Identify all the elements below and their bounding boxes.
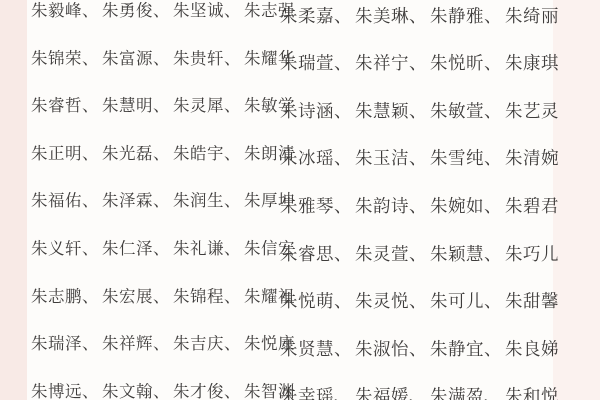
name-item: 朱坚诚 (173, 1, 224, 20)
name-item: 朱艺灵 (505, 102, 559, 122)
name-row: 朱义轩、朱仁泽、朱礼谦、朱信宏 (31, 241, 295, 258)
name-item: 朱悦昕 (430, 54, 484, 74)
name-item: 朱文翰 (102, 382, 153, 400)
name-item: 朱锦程 (173, 287, 224, 306)
name-separator: 、 (409, 197, 427, 217)
name-row: 朱幸瑶、朱福媛、朱满盈、朱和悦 (280, 389, 559, 400)
name-separator: 、 (224, 144, 241, 163)
name-separator: 、 (409, 149, 427, 169)
name-separator: 、 (153, 334, 170, 353)
name-row: 朱雅琴、朱韵诗、朱婉如、朱碧君 (280, 199, 559, 217)
name-item: 朱雅琴 (280, 197, 334, 217)
name-item: 朱灵悦 (355, 292, 409, 312)
name-item: 朱正明 (31, 144, 82, 163)
name-row: 朱睿思、朱灵萱、朱颖慧、朱巧儿 (280, 247, 559, 265)
name-separator: 、 (82, 382, 99, 400)
name-item: 朱才俊 (173, 382, 224, 400)
name-item: 朱泽霖 (102, 191, 153, 210)
name-item: 朱玉洁 (355, 149, 409, 169)
name-separator: 、 (334, 7, 352, 27)
name-separator: 、 (224, 191, 241, 210)
name-separator: 、 (153, 382, 170, 400)
name-item: 朱灵萱 (355, 245, 409, 265)
name-row: 朱瑞泽、朱祥辉、朱吉庆、朱悦康 (31, 336, 295, 353)
name-item: 朱静宜 (430, 340, 484, 360)
name-item: 朱光磊 (102, 144, 153, 163)
name-item: 朱幸瑶 (280, 387, 334, 400)
name-separator: 、 (82, 334, 99, 353)
name-item: 朱悦萌 (280, 292, 334, 312)
name-separator: 、 (224, 49, 241, 68)
name-separator: 、 (82, 239, 99, 258)
name-item: 朱祥宁 (355, 54, 409, 74)
name-separator: 、 (153, 96, 170, 115)
name-item: 朱康琪 (505, 54, 559, 74)
name-item: 朱颖慧 (430, 245, 484, 265)
name-item: 朱婉如 (430, 197, 484, 217)
name-item: 朱瑞泽 (31, 334, 82, 353)
name-separator: 、 (334, 387, 352, 400)
name-separator: 、 (153, 287, 170, 306)
name-item: 朱美琳 (355, 7, 409, 27)
name-separator: 、 (484, 245, 502, 265)
name-separator: 、 (224, 334, 241, 353)
name-row: 朱正明、朱光磊、朱皓宇、朱朗清 (31, 146, 295, 163)
name-separator: 、 (409, 340, 427, 360)
name-item: 朱可儿 (430, 292, 484, 312)
name-separator: 、 (153, 1, 170, 20)
name-row: 朱悦萌、朱灵悦、朱可儿、朱甜馨 (280, 294, 559, 312)
name-item: 朱礼谦 (173, 239, 224, 258)
name-separator: 、 (153, 144, 170, 163)
name-row: 朱志鹏、朱宏展、朱锦程、朱耀祖 (31, 289, 295, 306)
name-separator: 、 (484, 102, 502, 122)
name-separator: 、 (484, 54, 502, 74)
name-item: 朱吉庆 (173, 334, 224, 353)
name-item: 朱祥辉 (102, 334, 153, 353)
name-item: 朱瑞萱 (280, 54, 334, 74)
name-item: 朱贤慧 (280, 340, 334, 360)
name-separator: 、 (334, 292, 352, 312)
name-item: 朱福佑 (31, 191, 82, 210)
name-separator: 、 (409, 54, 427, 74)
name-row: 朱博远、朱文翰、朱才俊、朱智渊 (31, 384, 295, 400)
name-item: 朱和悦 (505, 387, 559, 400)
name-separator: 、 (334, 102, 352, 122)
name-separator: 、 (153, 239, 170, 258)
name-item: 朱润生 (173, 191, 224, 210)
name-item: 朱绮丽 (505, 7, 559, 27)
name-row: 朱瑞萱、朱祥宁、朱悦昕、朱康琪 (280, 56, 559, 74)
name-row: 朱毅峰、朱勇俊、朱坚诚、朱志强 (31, 3, 295, 20)
name-item: 朱睿思 (280, 245, 334, 265)
name-separator: 、 (484, 197, 502, 217)
name-item: 朱皓宇 (173, 144, 224, 163)
name-item: 朱富源 (102, 49, 153, 68)
name-separator: 、 (409, 102, 427, 122)
name-item: 朱志鹏 (31, 287, 82, 306)
name-item: 朱博远 (31, 382, 82, 400)
name-separator: 、 (224, 239, 241, 258)
name-separator: 、 (484, 387, 502, 400)
name-separator: 、 (224, 382, 241, 400)
name-separator: 、 (82, 1, 99, 20)
name-separator: 、 (334, 197, 352, 217)
name-item: 朱良娣 (505, 340, 559, 360)
name-separator: 、 (82, 49, 99, 68)
name-item: 朱诗涵 (280, 102, 334, 122)
name-row: 朱睿哲、朱慧明、朱灵犀、朱敏学 (31, 98, 295, 115)
name-separator: 、 (409, 387, 427, 400)
name-separator: 、 (82, 96, 99, 115)
name-item: 朱毅峰 (31, 1, 82, 20)
name-row: 朱锦荣、朱富源、朱贵轩、朱耀华 (31, 51, 295, 68)
name-item: 朱碧君 (505, 197, 559, 217)
name-item: 朱义轩 (31, 239, 82, 258)
name-separator: 、 (82, 144, 99, 163)
name-separator: 、 (224, 96, 241, 115)
name-separator: 、 (334, 54, 352, 74)
name-separator: 、 (409, 292, 427, 312)
name-item: 朱柔嘉 (280, 7, 334, 27)
name-separator: 、 (224, 287, 241, 306)
name-item: 朱慧明 (102, 96, 153, 115)
name-separator: 、 (484, 7, 502, 27)
name-item: 朱福媛 (355, 387, 409, 400)
name-separator: 、 (82, 191, 99, 210)
name-separator: 、 (409, 7, 427, 27)
name-item: 朱仁泽 (102, 239, 153, 258)
right-edge-strip (553, 0, 600, 400)
name-separator: 、 (334, 245, 352, 265)
name-item: 朱静雅 (430, 7, 484, 27)
name-item: 朱勇俊 (102, 1, 153, 20)
name-separator: 、 (153, 49, 170, 68)
name-separator: 、 (484, 292, 502, 312)
name-item: 朱贵轩 (173, 49, 224, 68)
name-item: 朱雪纯 (430, 149, 484, 169)
name-separator: 、 (224, 1, 241, 20)
name-separator: 、 (484, 149, 502, 169)
name-item: 朱宏展 (102, 287, 153, 306)
name-separator: 、 (334, 149, 352, 169)
name-item: 朱敏萱 (430, 102, 484, 122)
name-item: 朱清婉 (505, 149, 559, 169)
name-row: 朱贤慧、朱淑怡、朱静宜、朱良娣 (280, 342, 559, 360)
name-row: 朱诗涵、朱慧颖、朱敏萱、朱艺灵 (280, 104, 559, 122)
name-item: 朱慧颖 (355, 102, 409, 122)
name-separator: 、 (82, 287, 99, 306)
name-item: 朱锦荣 (31, 49, 82, 68)
name-separator: 、 (153, 191, 170, 210)
name-item: 朱韵诗 (355, 197, 409, 217)
left-edge-strip (0, 0, 27, 400)
name-separator: 、 (484, 340, 502, 360)
name-item: 朱灵犀 (173, 96, 224, 115)
document-page: 朱毅峰、朱勇俊、朱坚诚、朱志强朱锦荣、朱富源、朱贵轩、朱耀华朱睿哲、朱慧明、朱灵… (0, 0, 600, 400)
name-separator: 、 (409, 245, 427, 265)
name-item: 朱甜馨 (505, 292, 559, 312)
name-item: 朱冰瑶 (280, 149, 334, 169)
name-item: 朱满盈 (430, 387, 484, 400)
name-separator: 、 (334, 340, 352, 360)
name-row: 朱福佑、朱泽霖、朱润生、朱厚坤 (31, 193, 295, 210)
name-row: 朱冰瑶、朱玉洁、朱雪纯、朱清婉 (280, 151, 559, 169)
name-row: 朱柔嘉、朱美琳、朱静雅、朱绮丽 (280, 9, 559, 27)
name-item: 朱巧儿 (505, 245, 559, 265)
name-item: 朱淑怡 (355, 340, 409, 360)
name-item: 朱睿哲 (31, 96, 82, 115)
